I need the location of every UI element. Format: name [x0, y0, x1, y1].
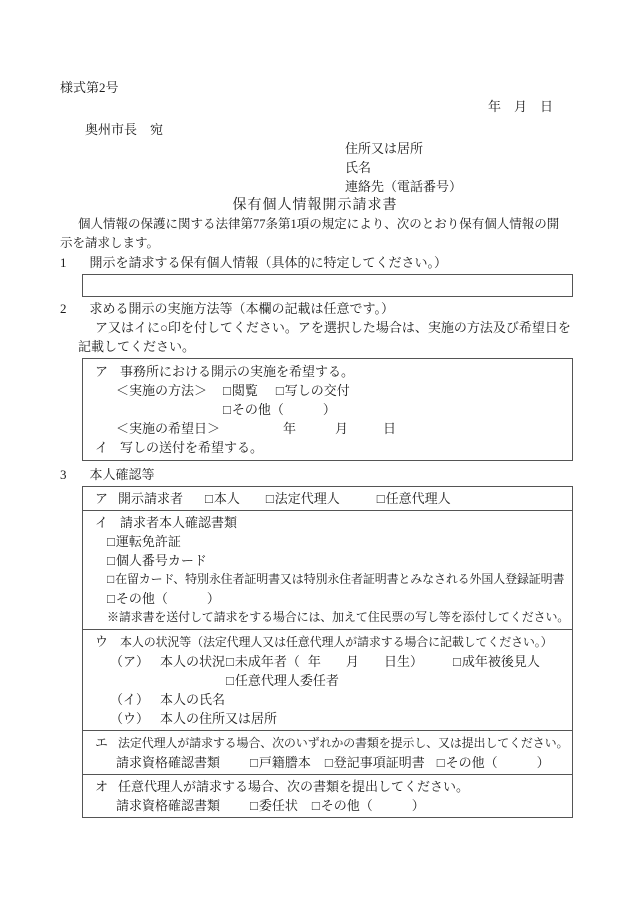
checkbox-voluntary-rep-label: 任意代理人	[386, 489, 451, 508]
checkbox-mynumber-card-label: 個人番号カード	[116, 551, 207, 570]
mailing-note: ※請求書を送付して請求をする場合には、加えて住民票の写し等を添付してください。	[83, 608, 572, 627]
table-row-id-documents: イ請求者本人確認書類 □運転免許証 □個人番号カード □在留カード、特別永住者証…	[83, 510, 572, 629]
checkbox-id-other-label: その他（ ）	[116, 589, 220, 608]
checkbox-delegator[interactable]: □任意代理人委任者	[226, 671, 339, 690]
checkbox-copy[interactable]: □写しの交付	[276, 381, 350, 400]
table-row-voluntary-rep-docs: オ任意代理人が請求する場合、次の書類を提出してください。 請求資格確認書類□委任…	[83, 774, 572, 817]
option-a-line: ア事務所における開示の実施を希望する。	[83, 362, 572, 381]
option-i-label[interactable]: イ	[95, 438, 108, 457]
checkbox-icon: □	[312, 796, 320, 815]
address-label: 住所又は居所	[0, 139, 630, 158]
intro-line1: 個人情報の保護に関する法律第77条第1項の規定により、次のとおり保有個人情報の開	[0, 215, 630, 234]
table-row-requester: ア開示請求者□本人□法定代理人□任意代理人	[83, 487, 572, 510]
section2-note1: ア又はイに○印を付してください。アを選択した場合は、実施の方法及び希望日を	[0, 318, 630, 337]
checkbox-legal-rep[interactable]: □法定代理人	[266, 489, 340, 508]
checkbox-voluntary-rep[interactable]: □任意代理人	[377, 489, 451, 508]
date-line: 年 月 日	[0, 97, 630, 116]
checkbox-adult-ward[interactable]: □成年被後見人	[453, 652, 540, 671]
checkbox-icon: □	[226, 671, 234, 690]
checkbox-minor[interactable]: □未成年者（	[226, 652, 300, 671]
checkbox-mynumber-card[interactable]: □個人番号カード	[107, 551, 207, 570]
section1-heading: 1開示を請求する保有個人情報（具体的に特定してください。）	[0, 253, 630, 272]
minor-day-label: 日生）	[384, 652, 423, 671]
checkbox-self-label: 本人	[214, 489, 240, 508]
checkbox-legal-doc-other[interactable]: □その他（ ）	[437, 753, 550, 772]
desired-date-label: ＜実施の希望日＞	[116, 419, 220, 438]
checkbox-icon: □	[250, 796, 258, 815]
checkbox-icon: □	[107, 589, 115, 608]
sub-u-title: 本人の住所又は居所	[160, 709, 277, 728]
checkbox-voluntary-doc-other-label: その他（ ）	[321, 796, 425, 815]
checkbox-adult-ward-label: 成年被後見人	[462, 652, 540, 671]
personal-info-input[interactable]	[82, 274, 573, 297]
sub-i-label: （イ）	[110, 690, 149, 709]
checkbox-residence-card[interactable]: □在留カード、特別永住者証明書又は特別永住者証明書とみなされる外国人登録証明書	[107, 570, 564, 589]
section1-number: 1	[60, 253, 67, 272]
option-i-line: イ写しの送付を希望する。	[83, 438, 572, 457]
checkbox-icon: □	[250, 753, 258, 772]
minor-month-label: 月	[346, 652, 359, 671]
checkbox-icon: □	[377, 489, 385, 508]
checkbox-icon: □	[107, 551, 115, 570]
form-number: 様式第2号	[0, 78, 630, 97]
row-a-label: ア	[95, 489, 108, 508]
checkbox-icon: □	[223, 400, 231, 419]
table-row-legal-rep-docs: エ法定代理人が請求する場合、次のいずれかの書類を提示し、又は提出してください。 …	[83, 730, 572, 774]
method-line: ＜実施の方法＞□閲覧□写しの交付	[83, 381, 572, 400]
checkbox-power-of-attorney[interactable]: □委任状	[250, 796, 298, 815]
method-label: ＜実施の方法＞	[116, 381, 207, 400]
checkbox-drivers-license-label: 運転免許証	[116, 532, 181, 551]
checkbox-registry-certificate-label: 登記事項証明書	[334, 753, 425, 772]
sub-i-title: 本人の氏名	[160, 690, 225, 709]
checkbox-voluntary-doc-other[interactable]: □その他（ ）	[312, 796, 425, 815]
form-title: 保有個人情報開示請求書	[0, 196, 630, 215]
row-a-title: 開示請求者	[118, 489, 183, 508]
section2-number: 2	[60, 299, 67, 318]
row-e-doc-label: 請求資格確認書類	[116, 753, 220, 772]
sub-u-label: （ウ）	[110, 709, 149, 728]
row-u-title: 本人の状況等（法定代理人又は任意代理人が請求する場合に記載してください。）	[120, 633, 552, 652]
checkbox-delegator-label: 任意代理人委任者	[235, 671, 339, 690]
disclosure-request-form: 様式第2号 年 月 日 奥州市長 宛 住所又は居所 氏名 連絡先（電話番号） 保…	[0, 0, 630, 903]
checkbox-icon: □	[107, 532, 115, 551]
section3-heading: 3本人確認等	[0, 465, 630, 484]
section2-method-box: ア事務所における開示の実施を希望する。 ＜実施の方法＞□閲覧□写しの交付 □その…	[82, 358, 573, 461]
option-a-text: 事務所における開示の実施を希望する。	[120, 362, 354, 381]
checkbox-family-register-label: 戸籍謄本	[259, 753, 311, 772]
checkbox-power-of-attorney-label: 委任状	[259, 796, 298, 815]
checkbox-icon: □	[325, 753, 333, 772]
checkbox-icon: □	[266, 489, 274, 508]
section3-number: 3	[60, 465, 67, 484]
row-o-doc-label: 請求資格確認書類	[116, 796, 220, 815]
day-label: 日	[383, 419, 396, 438]
addressee: 奥州市長 宛	[0, 120, 630, 139]
checkbox-id-other[interactable]: □その他（ ）	[107, 589, 220, 608]
method-other-line: □その他（ ）	[83, 400, 572, 419]
checkbox-legal-rep-label: 法定代理人	[275, 489, 340, 508]
option-i-text: 写しの送付を希望する。	[120, 438, 263, 457]
sub-a-label: （ア）	[110, 652, 149, 671]
row-o-label: オ	[95, 777, 108, 796]
section3-heading-text: 本人確認等	[90, 465, 155, 484]
row-o-title: 任意代理人が請求する場合、次の書類を提出してください。	[118, 777, 469, 796]
checkbox-method-other-label: その他（ ）	[232, 400, 336, 419]
section2-heading: 2求める開示の実施方法等（本欄の記載は任意です。）	[0, 299, 630, 318]
checkbox-icon: □	[453, 652, 461, 671]
row-u-label: ウ	[95, 632, 108, 651]
checkbox-icon: □	[276, 381, 284, 400]
sub-a-title: 本人の状況	[160, 652, 225, 671]
section1-heading-text: 開示を請求する保有個人情報（具体的に特定してください。）	[90, 253, 448, 272]
checkbox-icon: □	[223, 381, 231, 400]
checkbox-self[interactable]: □本人	[205, 489, 240, 508]
checkbox-view[interactable]: □閲覧	[223, 381, 258, 400]
identity-check-table: ア開示請求者□本人□法定代理人□任意代理人 イ請求者本人確認書類 □運転免許証 …	[82, 486, 573, 818]
intro-line2: 示を請求します。	[0, 234, 630, 253]
desired-date-line: ＜実施の希望日＞年月日	[83, 419, 572, 438]
section2-heading-text: 求める開示の実施方法等（本欄の記載は任意です。）	[90, 299, 394, 318]
option-a-label[interactable]: ア	[95, 362, 108, 381]
checkbox-icon: □	[226, 652, 234, 671]
checkbox-method-other[interactable]: □その他（ ）	[223, 400, 336, 419]
checkbox-drivers-license[interactable]: □運転免許証	[107, 532, 181, 551]
row-e-title: 法定代理人が請求する場合、次のいずれかの書類を提示し、又は提出してください。	[118, 734, 568, 753]
minor-year-label: 年	[308, 652, 321, 671]
contact-label: 連絡先（電話番号）	[0, 177, 630, 196]
checkbox-copy-label: 写しの交付	[285, 381, 350, 400]
checkbox-icon: □	[107, 570, 114, 589]
checkbox-minor-label: 未成年者（	[235, 652, 300, 671]
checkbox-family-register[interactable]: □戸籍謄本	[250, 753, 311, 772]
year-label: 年	[283, 419, 296, 438]
row-i-label: イ	[95, 513, 108, 532]
checkbox-legal-doc-other-label: その他（ ）	[446, 753, 550, 772]
section2-note2: 記載してください。	[0, 337, 630, 356]
name-label: 氏名	[0, 158, 630, 177]
checkbox-view-label: 閲覧	[232, 381, 258, 400]
row-i-title: 請求者本人確認書類	[120, 513, 237, 532]
checkbox-icon: □	[205, 489, 213, 508]
row-e-label: エ	[95, 733, 108, 752]
checkbox-residence-card-label: 在留カード、特別永住者証明書又は特別永住者証明書とみなされる外国人登録証明書	[115, 570, 564, 589]
month-label: 月	[335, 419, 348, 438]
checkbox-icon: □	[437, 753, 445, 772]
table-row-principal-status: ウ本人の状況等（法定代理人又は任意代理人が請求する場合に記載してください。） （…	[83, 629, 572, 730]
checkbox-registry-certificate[interactable]: □登記事項証明書	[325, 753, 425, 772]
